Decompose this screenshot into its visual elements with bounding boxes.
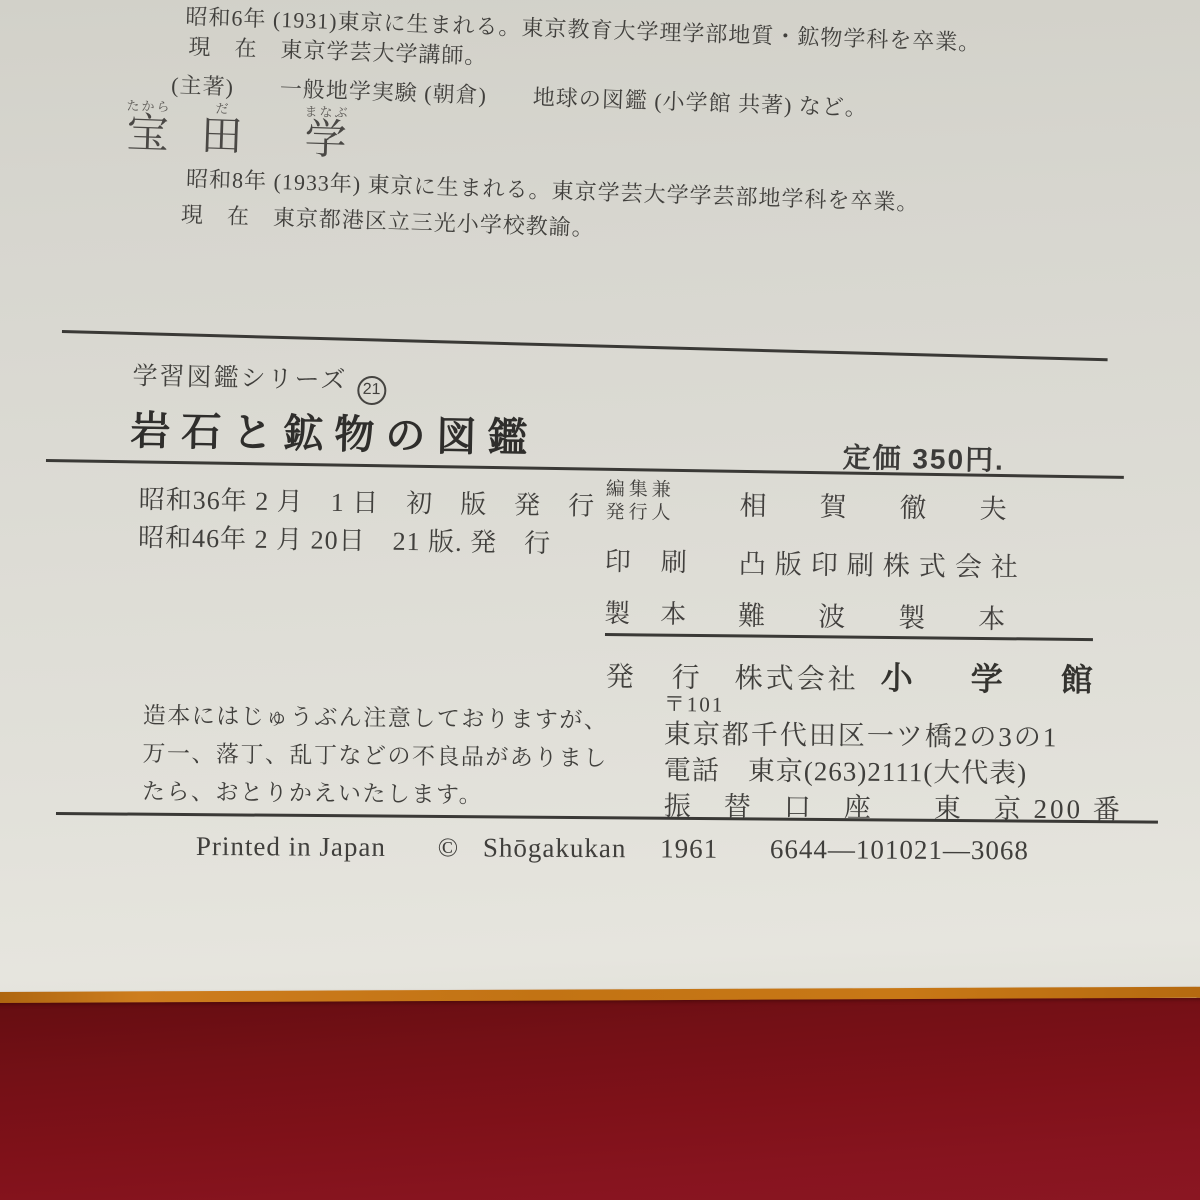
imprint-line: Printed in Japan © Shōgakukan 1961 6644—… bbox=[196, 831, 1029, 866]
publisher-prefix: 株式会社 bbox=[735, 663, 859, 695]
red-cloth-background bbox=[0, 999, 1200, 1200]
editor-label: 編集兼 発行人 bbox=[605, 478, 706, 525]
name-char-3: まなぶ 学 bbox=[303, 105, 350, 163]
divider-rule-top bbox=[62, 330, 1108, 361]
publisher-name: 小 学 館 bbox=[881, 660, 1106, 698]
binder-row: 製 本 難 波 製 本 bbox=[604, 592, 1044, 637]
author-info-block: 昭和6年 (1931)東京に生まれる。東京教育大学理学部地質・鉱物学科を卒業。 … bbox=[123, 2, 1070, 257]
copyright-year: 1961 bbox=[660, 833, 718, 863]
editor-row: 編集兼 発行人 相 賀 徹 夫 bbox=[605, 478, 1046, 530]
photo-scene: 昭和6年 (1931)東京に生まれる。東京教育大学理学部地質・鉱物学科を卒業。 … bbox=[0, 0, 1200, 1200]
edition-dates: 昭和36年 2 月 1 日 初 版 発 行 昭和46年 2 月 20日 21 版… bbox=[138, 481, 596, 564]
replacement-note: 造本にはじゅうぶん注意しておりますが、 万一、落丁、乱丁などの不良品がありまし … bbox=[142, 697, 609, 816]
printer-row: 印 刷 凸版印刷株式会社 bbox=[605, 540, 1045, 585]
book-colophon-page: 昭和6年 (1931)東京に生まれる。東京教育大学理学部地質・鉱物学科を卒業。 … bbox=[0, 0, 1200, 998]
publisher-romaji: Shōgakukan bbox=[483, 833, 627, 864]
copyright-icon: © bbox=[438, 832, 460, 862]
staff-table: 編集兼 発行人 相 賀 徹 夫 印 刷 凸版印刷株式会社 製 本 難 波 製 本 bbox=[604, 478, 1046, 637]
printer-name: 凸版印刷株式会社 bbox=[739, 542, 1027, 585]
name-char-1: たから 宝 bbox=[125, 99, 172, 157]
name-char-2: だ 田 bbox=[200, 101, 245, 159]
printer-label: 印 刷 bbox=[605, 541, 705, 579]
current-edition-line: 昭和46年 2 月 20日 21 版. 発 行 bbox=[138, 519, 595, 564]
series-number-badge: 21 bbox=[357, 375, 387, 405]
printed-in-japan: Printed in Japan bbox=[196, 831, 386, 862]
binder-name: 難 波 製 本 bbox=[738, 594, 1018, 637]
book-title: 岩石と鉱物の図鑑 bbox=[130, 399, 539, 464]
series-label: 学習図鑑シリーズ21 bbox=[132, 356, 387, 405]
book-code: 6644—101021—3068 bbox=[770, 834, 1029, 865]
editor-name: 相 賀 徹 夫 bbox=[739, 483, 1019, 526]
binder-label: 製 本 bbox=[604, 593, 704, 631]
series-name: 学習図鑑シリーズ bbox=[132, 363, 347, 394]
